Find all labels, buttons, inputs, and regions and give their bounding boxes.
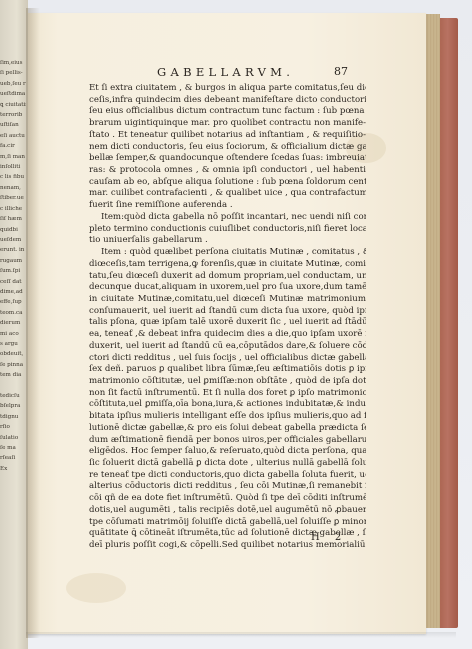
- text-line: Item:quòd dicta gabella nō poſſit incant…: [89, 212, 366, 224]
- gutter-shadow: [26, 8, 40, 638]
- text-line: tpe cōſumati matrimōij ſoluiſſe dictā ga…: [89, 517, 366, 529]
- facing-text-line: [0, 381, 26, 391]
- facing-text-line: rſeaſi: [0, 453, 26, 463]
- facing-text-line: ceſſ dat: [0, 277, 26, 287]
- facing-text-line: c lis fibu: [0, 172, 26, 182]
- text-line: diœceſis,tam terrigena,ꝙ forenſis,quæ in…: [89, 259, 366, 271]
- facing-text-line: ueb,ſeu ro: [0, 79, 26, 89]
- text-line: re teneaƭ tpe dicti conductoris,quo dict…: [89, 470, 366, 482]
- text-line: matrimonio cōſtitutæ, uel ꝑmiſſæ:non obſ…: [89, 376, 366, 388]
- text-line: cauſam ab eo, abſque aliqua ſolutione : …: [89, 177, 366, 189]
- facing-text-line: c illiche: [0, 204, 26, 214]
- facing-page-text: ſim,eiusſi pellis-ueb,ſeu roueſtdimaꝗ ci…: [0, 58, 26, 474]
- facing-text-line: m,ſi man: [0, 152, 26, 162]
- facing-text-line: teom.ca: [0, 308, 26, 318]
- facing-text-line: rſio: [0, 422, 26, 432]
- text-line: dotis,uel augumēti , talis recipiēs dotē…: [89, 505, 366, 517]
- text-line: in ciuitate Mutinæ,comitatu,uel diœceſi …: [89, 294, 366, 306]
- text-line: fuerit ſine remiſſione auferenda .: [89, 200, 366, 212]
- facing-text-line: rugaum: [0, 256, 26, 266]
- facing-text-line: ueſdem: [0, 235, 26, 245]
- text-line: mar. cuilibet contrafacienti , & qualibe…: [89, 188, 366, 200]
- facing-text-line: ꝗ ciuitatis,: [0, 100, 26, 110]
- book-shadow: [26, 632, 456, 638]
- signature-mark: H 2: [311, 532, 347, 543]
- facing-text-line: ſiſ hæm: [0, 214, 26, 224]
- text-line: ſex deñ. paruos ꝑ qualibet libra ſūmæ,ſe…: [89, 364, 366, 376]
- page-block-edge: [424, 14, 440, 628]
- text-line: duxerit, uel iuerit ad ſtandū cū ea,cōpu…: [89, 341, 366, 353]
- facing-text-line: ſim,eius: [0, 58, 26, 68]
- text-line: nem dicti conductoris, ſeu eius ſociorum…: [89, 142, 366, 154]
- text-line: bitata ipſius mulieris intelligant̄ eſſe…: [89, 411, 366, 423]
- text-line: dum æſtimationē fiendā per bonos uiros,p…: [89, 435, 366, 447]
- facing-text-line: ſtiber.ue: [0, 193, 26, 203]
- running-title: GABELLARVM.: [157, 65, 294, 79]
- text-line: bellæ ſemper,& quandocunque oſtendere ſc…: [89, 153, 366, 165]
- text-line: conſumauerit, uel iuerit ad ſtandū cum d…: [89, 306, 366, 318]
- running-head: GABELLARVM. 87: [86, 65, 406, 81]
- text-line: brarum uigintiquinque mar. pro quolibet …: [89, 118, 366, 130]
- facing-text-line: ueſtdima: [0, 89, 26, 99]
- facing-text-line: erunt. in: [0, 245, 26, 255]
- text-line: tatu,ſeu diœceſi duxerit ad domum propri…: [89, 271, 366, 283]
- facing-text-line: ſum.ſpi: [0, 266, 26, 276]
- facing-text-line: obdeuit,: [0, 349, 26, 359]
- text-line: ctori dicti redditus , uel ſuis ſocijs ,…: [89, 353, 366, 365]
- folio-number: 87: [334, 65, 348, 78]
- facing-text-line: tedicſu: [0, 391, 26, 401]
- text-line: ſtato . Et teneatur quilibet notarius ad…: [89, 130, 366, 142]
- text-line: eligēdos. Hoc ſemper ſaluo,& reſeruato,q…: [89, 446, 366, 458]
- paper-stain: [66, 573, 126, 603]
- facing-text-line: s argu: [0, 339, 26, 349]
- text-line: Et ſi extra ciuitatem , & burgos in aliq…: [89, 83, 366, 95]
- facing-text-line: dierum: [0, 318, 26, 328]
- text-line: decunque ducat,aliquam in uxorem,uel pro…: [89, 282, 366, 294]
- recto-page: GABELLARVM. 87 Et ſi extra ciuitatem , &…: [26, 13, 426, 634]
- text-line: ſic ſoluerit dictā gabellā ꝑ dicta dote …: [89, 458, 366, 470]
- facing-text-line: quidbi: [0, 225, 26, 235]
- facing-text-line: nenam,: [0, 183, 26, 193]
- facing-text-line: bſelpra: [0, 401, 26, 411]
- text-line: alterius cōductoris dicti redditus , ſeu…: [89, 481, 366, 493]
- facing-text-line: fa.cir: [0, 141, 26, 151]
- facing-text-line: effe,ſup: [0, 297, 26, 307]
- verso-page-edge: ſim,eiusſi pellis-ueb,ſeu roueſtdimaꝗ ci…: [0, 0, 28, 649]
- book-back-cover: [437, 18, 458, 628]
- text-line: ſeu eius officialibus dictum contractum …: [89, 106, 366, 118]
- body-text: Et ſi extra ciuitatem , & burgos in aliq…: [89, 83, 366, 552]
- facing-text-line: ſulatio: [0, 433, 26, 443]
- facing-text-line: tdignu: [0, 412, 26, 422]
- text-line: ceſis,infra quindecim dies debeant manif…: [89, 95, 366, 107]
- text-line: cōi qñ de ea dote fiet inſtrumētū. Quòd …: [89, 493, 366, 505]
- text-line: tio uniuerſalis gabellarum .: [89, 235, 366, 247]
- text-line: lutionē dictæ gabellæ,& pro eis ſolui de…: [89, 423, 366, 435]
- facing-text-line: eſi auctu: [0, 131, 26, 141]
- text-line: ras: & protocola omnes , & omnia ipſi co…: [89, 165, 366, 177]
- text-line: non ſit factū inſtrumentū. Et ſi nulla d…: [89, 388, 366, 400]
- text-line: Item : quòd quælibet perſona ciuitatis M…: [89, 247, 366, 259]
- text-line: cōſtituta,uel ꝑmiſſa,oīa bona,iura,& act…: [89, 399, 366, 411]
- facing-text-line: tem dia: [0, 370, 26, 380]
- facing-text-line: uſtiſan: [0, 120, 26, 130]
- text-line: talis pſona, quæ ipſam talē uxorē duxeri…: [89, 317, 366, 329]
- facing-text-line: terrorib: [0, 110, 26, 120]
- facing-text-line: ſi pellis-: [0, 68, 26, 78]
- text-line: pleto termino conductionis cuiuſlibet co…: [89, 224, 366, 236]
- facing-text-line: mi aco: [0, 329, 26, 339]
- facing-text-line: inſolliti: [0, 162, 26, 172]
- facing-text-line: ſe pinna: [0, 360, 26, 370]
- text-line: ea, teneaƭ ,& debeat infra quidecim dies…: [89, 329, 366, 341]
- facing-text-line: dime,ad: [0, 287, 26, 297]
- facing-text-line: ſe ma: [0, 443, 26, 453]
- facing-text-line: Ex: [0, 464, 26, 474]
